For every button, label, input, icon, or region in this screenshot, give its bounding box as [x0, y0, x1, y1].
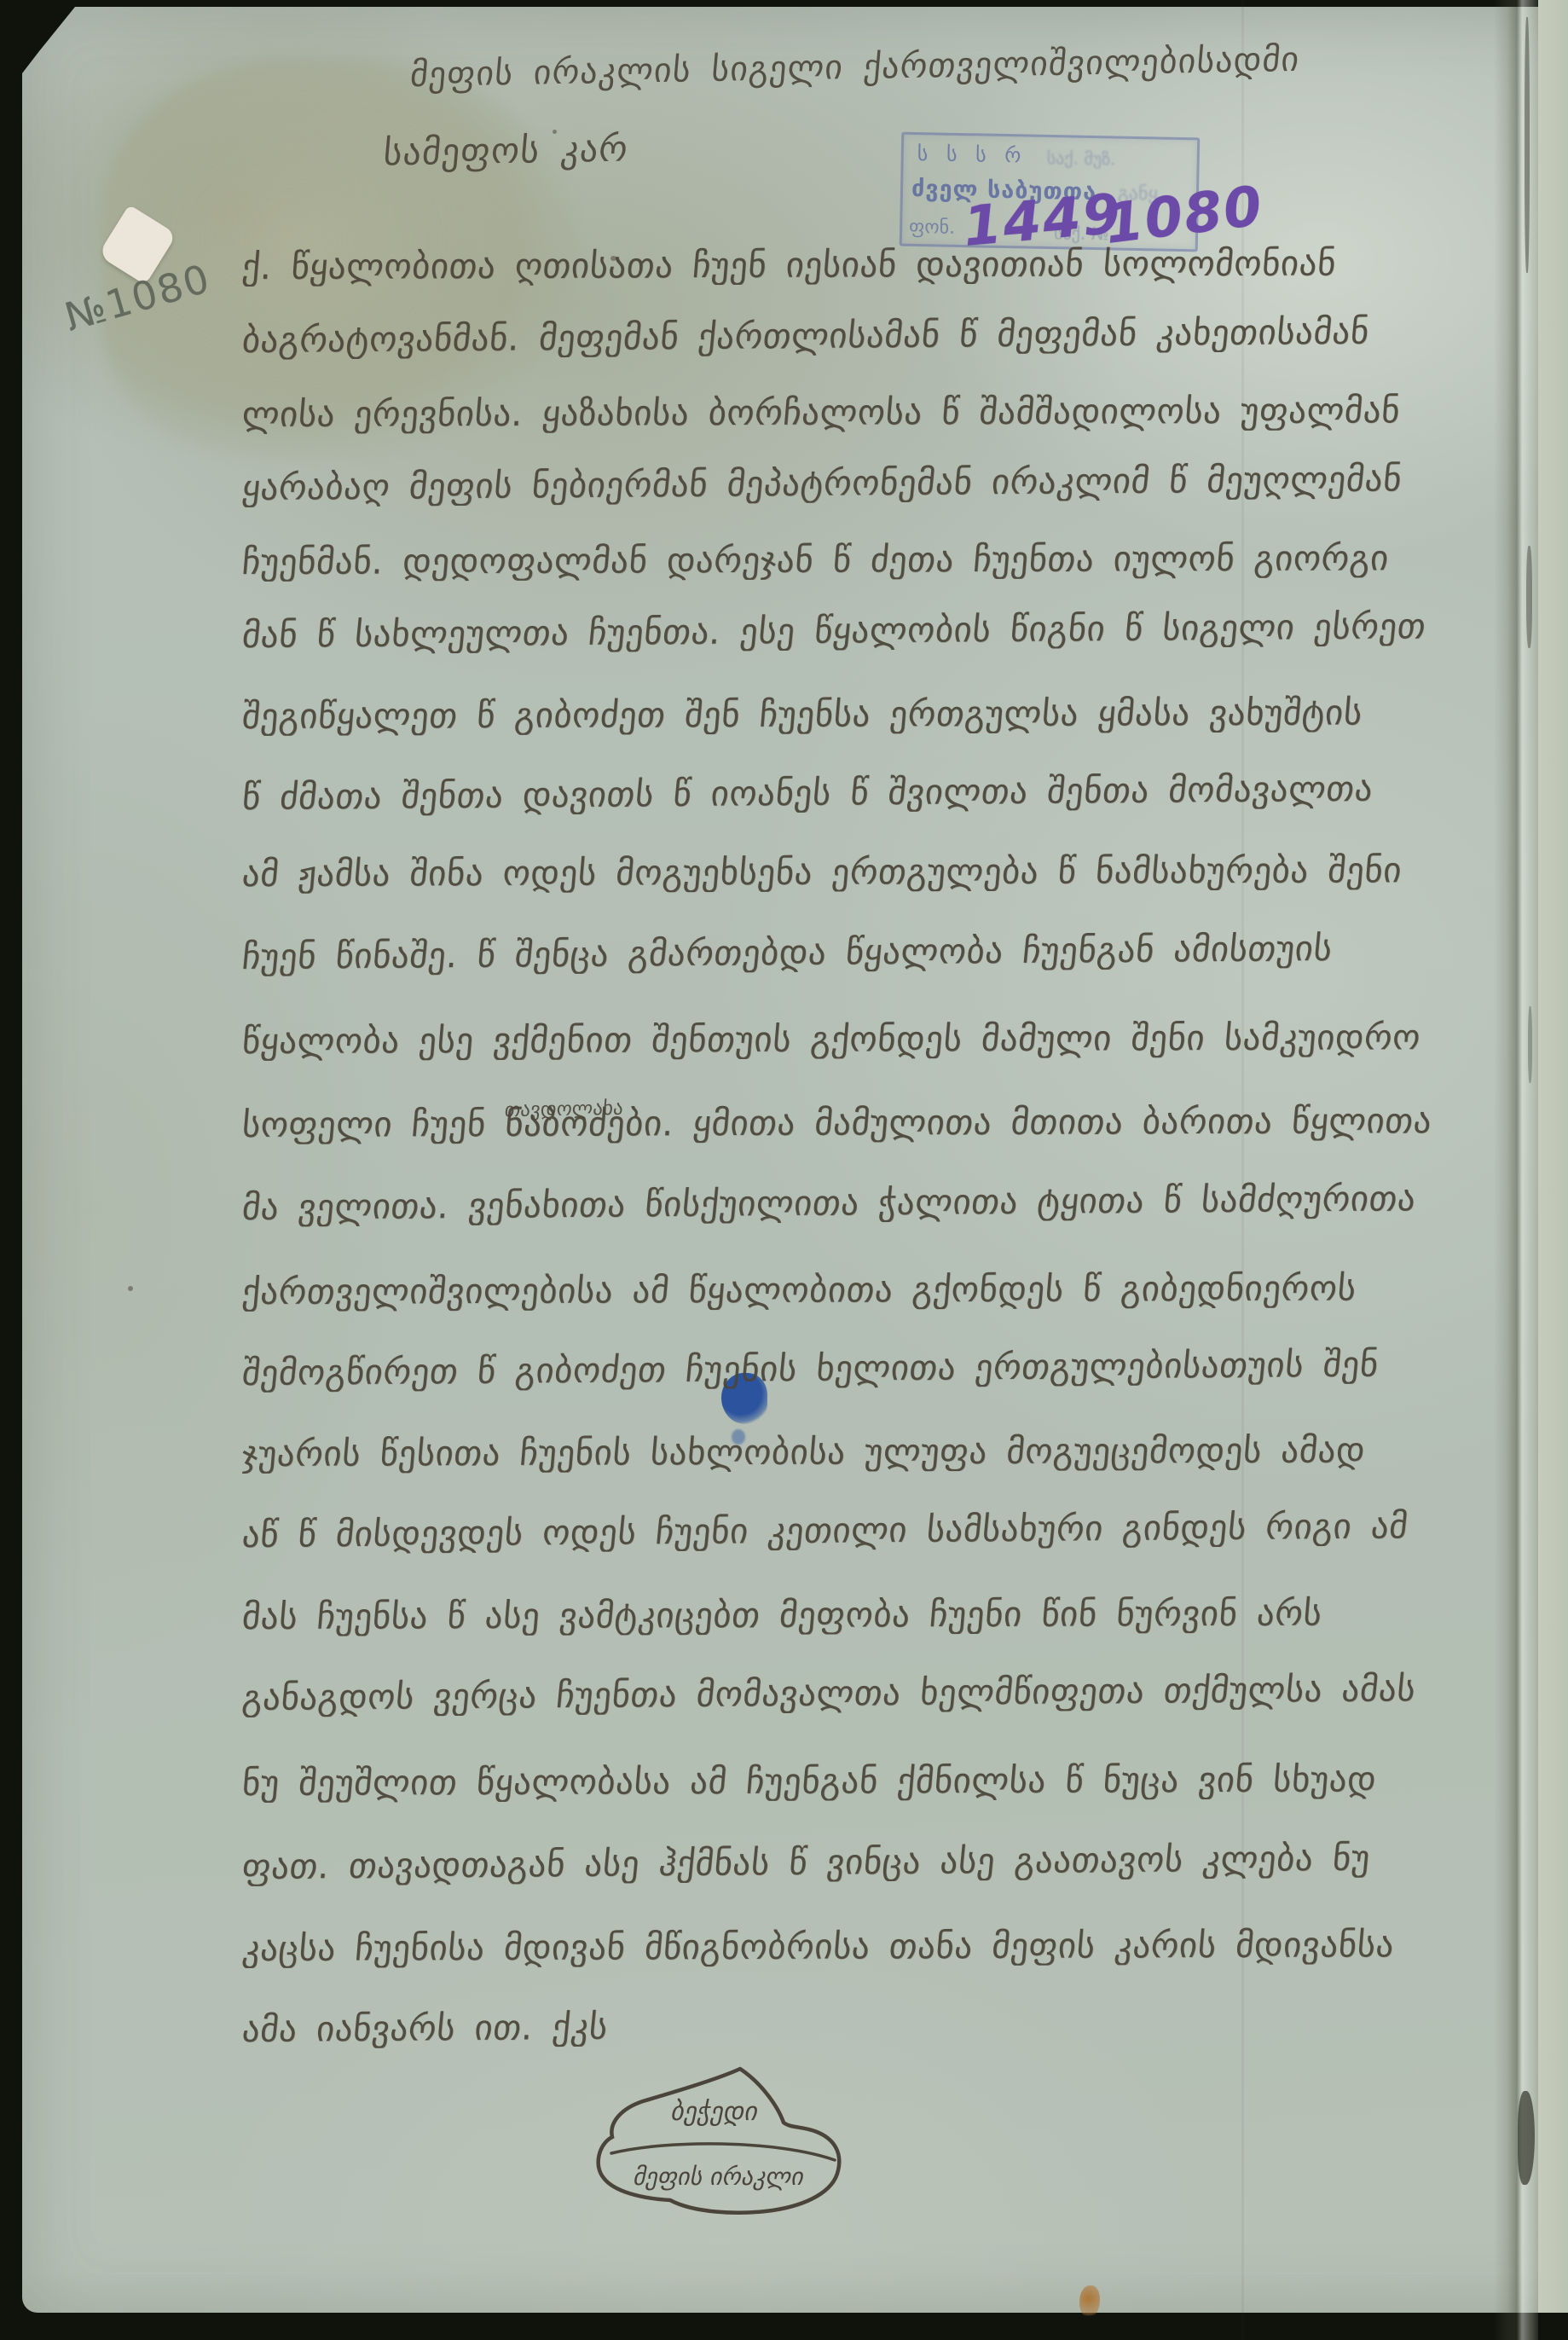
seal-top-label: ბეჭედი: [670, 2097, 759, 2127]
fold-ink-streak: [1526, 546, 1532, 648]
rust-stain: [1079, 2285, 1100, 2318]
text-line: ქ. წყალობითა ღთისათა ჩუენ იესიან დავითია…: [240, 244, 1482, 287]
royal-seal: ბეჭედი მეფის ირაკლი: [588, 2057, 853, 2232]
text-line: ჯუარის წესითა ჩუენის სახლობისა ულუფა მოგ…: [240, 1431, 1482, 1474]
text-line: წყალობა ესე ვქმენით შენთუის გქონდეს მამუ…: [240, 1018, 1482, 1061]
text-line: ნუ შეუშლით წყალობასა ამ ჩუენგან ქმნილსა …: [240, 1760, 1482, 1803]
fold-ink-streak: [1528, 1006, 1532, 1083]
heading-line-2: სამეფოს კარ: [382, 128, 630, 174]
text-line: ამ ჟამსა შინა ოდეს მოგუეხსენა ერთგულება …: [240, 851, 1482, 894]
text-line: შეგიწყალეთ წ გიბოძეთ შენ ჩუენსა ერთგულსა…: [240, 693, 1482, 736]
text-line: ლისა ერევნისა. ყაზახისა ბორჩალოსა წ შამშ…: [240, 391, 1482, 434]
stamp-org-line-1: ს ს ს რ: [917, 142, 1027, 167]
binding-fold: [1494, 0, 1538, 2340]
text-line: ქართველიშვილებისა ამ წყალობითა გქონდეს წ…: [240, 1269, 1482, 1312]
text-line: კაცსა ჩუენისა მდივან მწიგნობრისა თანა მე…: [240, 1926, 1482, 1968]
seal-outline-icon: [599, 2069, 840, 2213]
text-line: მას ჩუენსა წ ასე ვამტკიცებთ მეფობა ჩუენი…: [240, 1594, 1482, 1636]
adjacent-page-edge: [1538, 0, 1568, 2313]
text-line: ჩუენმან. დედოფალმან დარეჯან წ ძეთა ჩუენთ…: [240, 539, 1482, 582]
ink-speck: [128, 1286, 133, 1291]
stamp-org-line-1-faint: საქ. მუზ.: [1047, 148, 1116, 170]
fold-ink-streak: [1525, 17, 1530, 273]
seal-bottom-label: მეფის ირაკლი: [633, 2163, 804, 2191]
seal-divider-line: [611, 2144, 835, 2160]
text-line: სოფელი ჩუენ ნაბოძები. ყმითა მამულითა მთი…: [240, 1102, 1482, 1144]
date-line: ამა იანვარს ით. ქკს უოა.: [240, 2008, 611, 2049]
stamp-fond-label: ფონ.: [909, 217, 955, 239]
document-scan: №1080 მეფის ირაკლის სიგელი ქართველიშვილე…: [0, 0, 1568, 2340]
